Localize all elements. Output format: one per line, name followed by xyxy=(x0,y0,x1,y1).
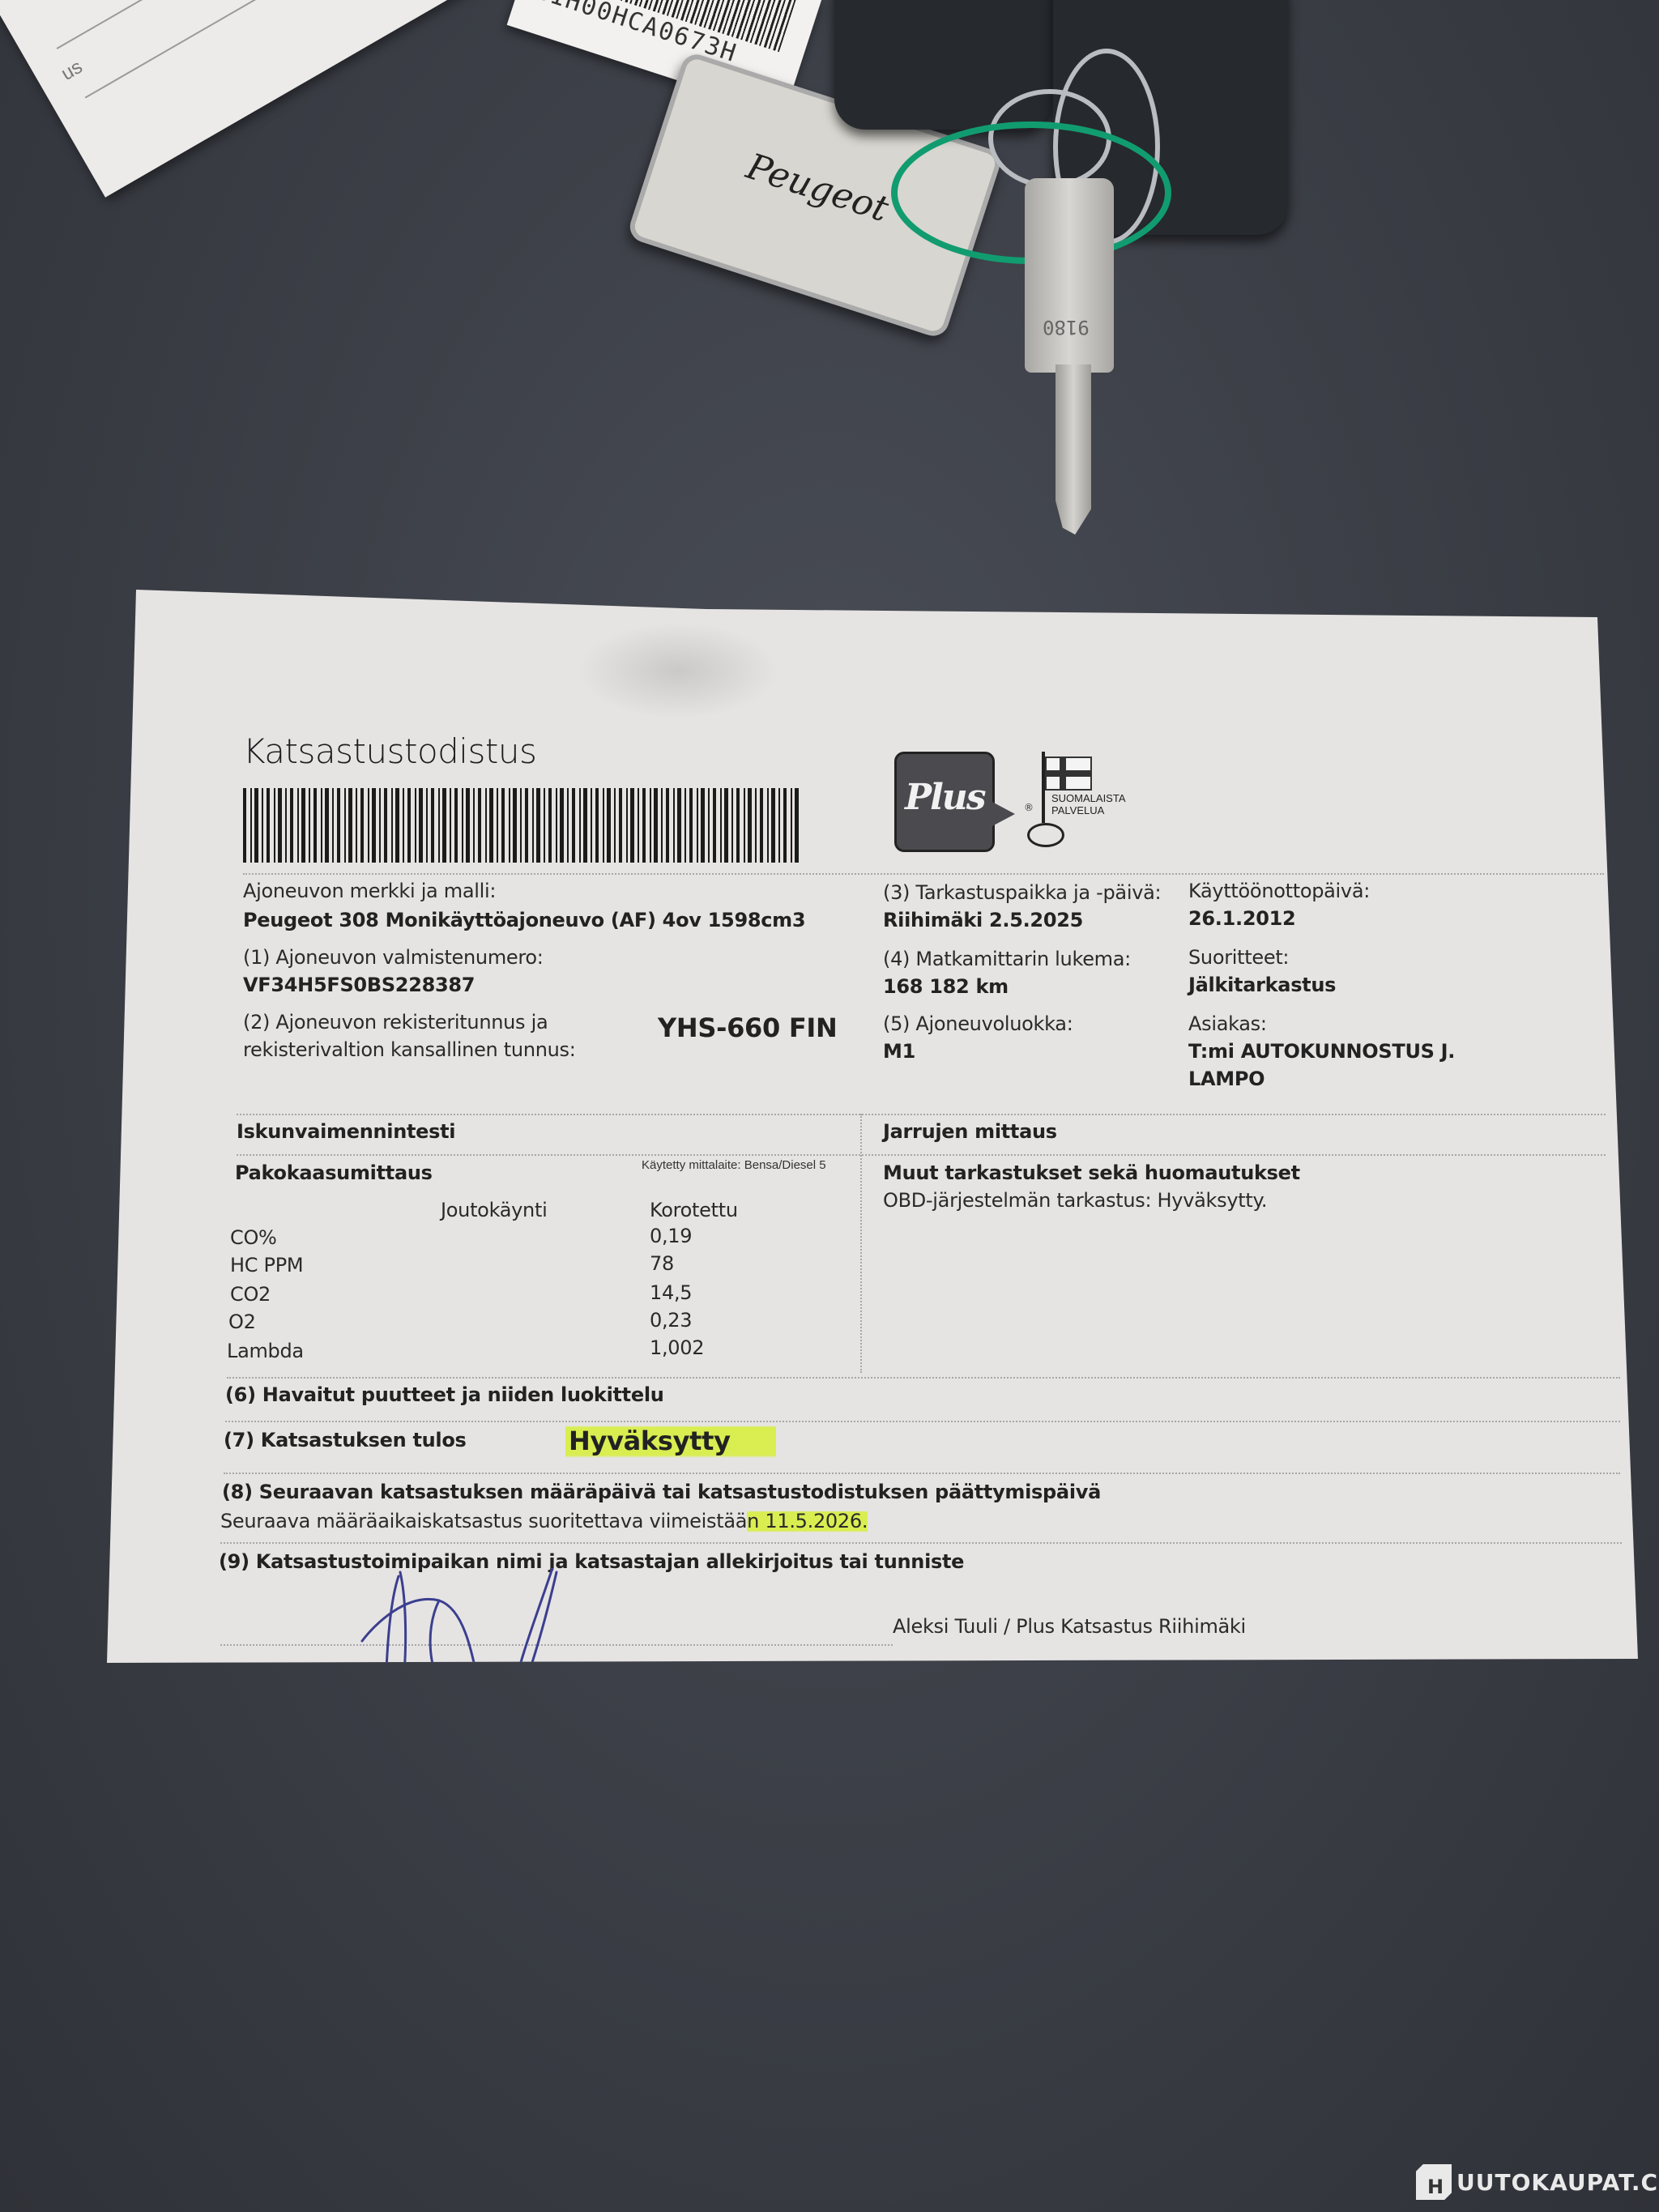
watermark-logo-icon: H xyxy=(1416,2164,1452,2200)
divider xyxy=(220,1542,1622,1544)
odometer-label: (4) Matkamittarin lukema: xyxy=(883,948,1131,970)
emission-row-name: CO% xyxy=(230,1226,277,1249)
key-flag-logo: ® SUOMALAISTAPALVELUA xyxy=(1024,752,1137,849)
vin-value: VF34H5FS0BS228387 xyxy=(243,974,475,996)
registered-mark: ® xyxy=(1024,802,1034,813)
result-label: (7) Katsastuksen tulos xyxy=(224,1429,467,1451)
signature-icon xyxy=(358,1568,601,1698)
place-date-value: Riihimäki 2.5.2025 xyxy=(883,909,1083,931)
key: 9180 xyxy=(1025,178,1122,535)
emission-row-raised: 0,23 xyxy=(650,1309,692,1332)
key-tag-handwriting: Peugeot xyxy=(741,146,893,230)
place-date-label: (3) Tarkastuspaikka ja -päivä: xyxy=(883,881,1161,904)
make-model-value: Peugeot 308 Monikäyttöajoneuvo (AF) 4ov … xyxy=(243,909,805,931)
shock-test-heading: Iskunvaimennintesti xyxy=(237,1120,455,1143)
make-model-label: Ajoneuvon merkki ja malli: xyxy=(243,880,496,902)
finnish-service-text: SUOMALAISTAPALVELUA xyxy=(1051,792,1126,816)
odometer-value: 168 182 km xyxy=(883,975,1009,998)
watermark-text: UUTOKAUPAT.COM xyxy=(1456,2169,1659,2196)
plus-logo-text: Plus xyxy=(905,777,985,818)
divider xyxy=(237,1154,1606,1156)
column-idle: Joutokäynti xyxy=(441,1199,547,1221)
key-head: 9180 xyxy=(1025,178,1114,373)
next-inspection-text: Seuraava määräaikaiskatsastus suoritetta… xyxy=(220,1510,868,1532)
emission-row-name: Lambda xyxy=(227,1340,304,1362)
customer-value-1: T:mi AUTOKUNNOSTUS J. xyxy=(1188,1040,1455,1063)
customer-label: Asiakas: xyxy=(1188,1012,1267,1035)
emission-row-raised: 14,5 xyxy=(650,1281,692,1304)
paper-crease xyxy=(577,622,779,719)
column-raised: Korotettu xyxy=(650,1199,738,1221)
divider xyxy=(227,1377,1620,1379)
performed-label: Suoritteet: xyxy=(1188,946,1289,969)
emission-row-name: CO2 xyxy=(230,1283,271,1306)
inspection-certificate: Katsastustodistus Plus ® SUOMALAISTAPALV… xyxy=(107,590,1638,1663)
background-paper: us km tai xyxy=(0,0,498,198)
column-divider xyxy=(860,1114,862,1373)
divider xyxy=(224,1473,1620,1474)
emission-row-name: HC PPM xyxy=(230,1254,303,1276)
divider xyxy=(225,1421,1620,1422)
other-checks-heading: Muut tarkastukset sekä huomautukset xyxy=(883,1161,1300,1184)
brakes-heading: Jarrujen mittaus xyxy=(883,1120,1057,1143)
next-inspection-heading: (8) Seuraavan katsastuksen määräpäivä ta… xyxy=(222,1481,1101,1503)
performed-value: Jälkitarkastus xyxy=(1188,974,1336,996)
site-watermark: H UUTOKAUPAT.COM xyxy=(1416,2164,1659,2200)
vehicle-class-label: (5) Ajoneuvoluokka: xyxy=(883,1012,1073,1035)
registration-value: YHS-660 FIN xyxy=(658,1012,837,1043)
next-inspection-date: n 11.5.2026. xyxy=(747,1510,868,1532)
key-bow-icon xyxy=(1027,823,1064,847)
first-use-label: Käyttöönottopäivä: xyxy=(1188,880,1370,902)
divider xyxy=(237,1114,1606,1115)
document-title: Katsastustodistus xyxy=(243,731,536,771)
paper-fragment-text: us xyxy=(58,56,87,86)
inspector-name: Aleksi Tuuli / Plus Katsastus Riihimäki xyxy=(893,1615,1246,1638)
defects-heading: (6) Havaitut puutteet ja niiden luokitte… xyxy=(225,1383,664,1406)
form-line xyxy=(85,0,450,99)
key-number: 9180 xyxy=(1043,316,1090,339)
emissions-heading: Pakokaasumittaus xyxy=(235,1161,433,1184)
customer-value-2: LAMPO xyxy=(1188,1068,1265,1090)
other-checks-text: OBD-järjestelmän tarkastus: Hyväksytty. xyxy=(883,1189,1267,1212)
finnish-flag-icon xyxy=(1045,757,1092,791)
key-blade xyxy=(1056,364,1091,535)
vehicle-class-value: M1 xyxy=(883,1040,915,1063)
emission-row-raised: 78 xyxy=(650,1252,674,1275)
registration-label-2: rekisterivaltion kansallinen tunnus: xyxy=(243,1038,576,1061)
emissions-device-note: Käytetty mittalaite: Bensa/Diesel 5 xyxy=(642,1158,826,1172)
emission-row-raised: 1,002 xyxy=(650,1336,704,1359)
plus-logo: Plus xyxy=(894,752,995,852)
result-value: Hyväksytty xyxy=(565,1424,776,1458)
emission-row-name: O2 xyxy=(228,1311,256,1333)
registration-label-1: (2) Ajoneuvon rekisteritunnus ja xyxy=(243,1011,548,1034)
vin-label: (1) Ajoneuvon valmistenumero: xyxy=(243,946,544,969)
divider xyxy=(243,873,1604,875)
certificate-barcode xyxy=(243,788,802,863)
emission-row-raised: 0,19 xyxy=(650,1225,692,1247)
first-use-value: 26.1.2012 xyxy=(1188,907,1295,930)
